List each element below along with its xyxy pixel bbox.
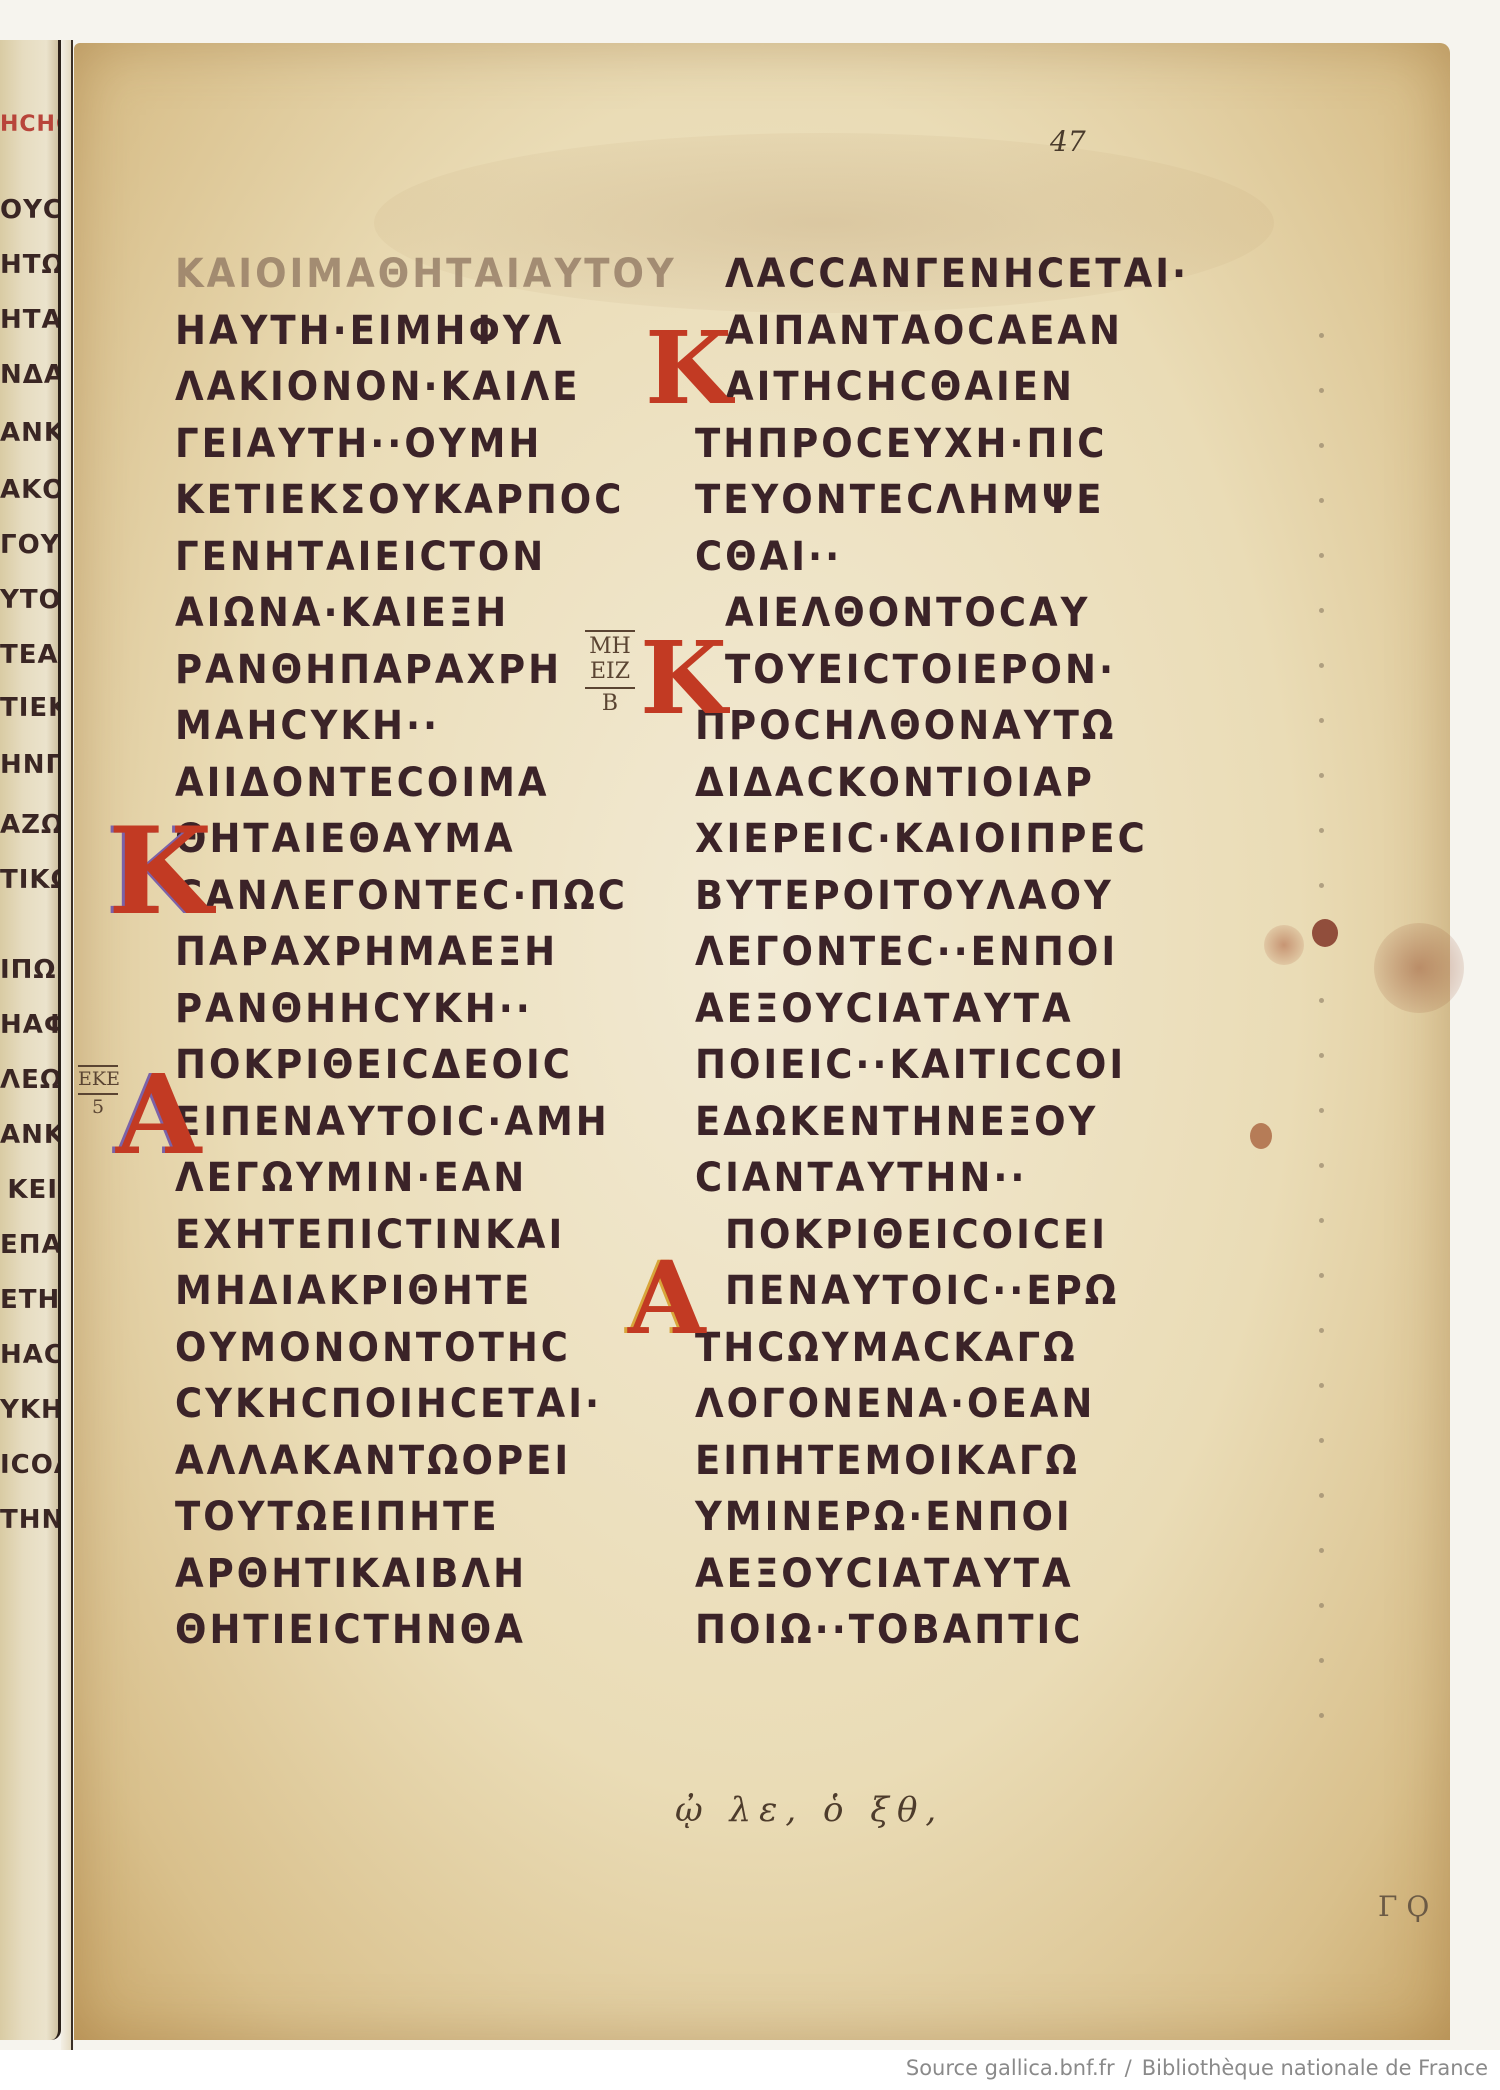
facing-page-line: ΑΖΩΝ	[0, 810, 58, 840]
pricking-mark	[1319, 333, 1324, 338]
pricking-mark	[1319, 498, 1324, 503]
decorated-initial-alpha: Α	[116, 1060, 201, 1170]
pricking-mark	[1319, 443, 1324, 448]
pricking-mark	[1319, 718, 1324, 723]
manuscript-line: ΕΔΩΚΕΝΤΗΝΕΞΟΥ	[695, 1101, 1098, 1141]
facing-page-line: ΗΝΠΙ	[0, 750, 58, 780]
manuscript-line: ΑΡΘΗΤΙΚΑΙΒΛΗ	[175, 1553, 527, 1593]
manuscript-line: CΙΑΝΤΑΥΤΗΝ··	[695, 1158, 1027, 1198]
decorated-initial-kappa: Κ	[640, 628, 727, 728]
manuscript-line: ΠΟΚΡΙΘΕΙCΟΙCΕΙ	[725, 1214, 1108, 1254]
decorated-initial-kappa: Κ	[108, 812, 212, 932]
manuscript-line: ΗΑΥΤΗ·ΕΙΜΗΦΥΛ	[175, 310, 564, 350]
facing-page-line: ΗΑCΕ	[0, 1340, 58, 1370]
binding-gutter	[61, 40, 73, 2050]
manuscript-line: ΚΕΤΙΕΚΣΟΥΚΑΡΠΟC	[175, 480, 624, 520]
facing-page-line: ΤΗΝ	[0, 1505, 58, 1535]
facing-page-line: ΤΙΚΩ	[0, 865, 58, 895]
manuscript-line: ΑΙΙΔΟΝΤΕCΟΙΜΑ	[175, 762, 550, 802]
facing-page-edge: ΗCΗCΟΥCΗΤΩΗΤΑΝΔΑΔΑΝΚΑΙΑΚΟΥΓΟΥΕΥΤΟΙCΤΕΑΝΕ…	[0, 40, 61, 2040]
facing-page-line: ΑΝΚΑΙ	[0, 418, 58, 448]
manuscript-line: CΘΑΙ··	[695, 536, 842, 576]
manuscript-line: ΧΙΕΡΕΙC·ΚΑΙΟΙΠΡΕC	[695, 819, 1148, 859]
facing-page-line: ΗΑΦΕ	[0, 1010, 58, 1040]
facing-page-line: ΝΔΑΔ	[0, 360, 58, 390]
pricking-mark	[1319, 1273, 1324, 1278]
manuscript-line: CΑΝΛΕΓΟΝΤΕC·ΠΩC	[175, 875, 628, 915]
source-attribution: Source gallica.bnf.fr/Bibliothèque natio…	[906, 2056, 1488, 2080]
manuscript-line: ΑΙΠΑΝΤΑΟCΑΕΑΝ	[725, 310, 1123, 350]
manuscript-line: ΒΥΤΕΡΟΙΤΟΥΛΑΟΥ	[695, 875, 1114, 915]
margin-note-canon: ΕΚΕ5	[78, 1063, 118, 1119]
pricking-mark	[1319, 1328, 1324, 1333]
pricking-mark	[1319, 1713, 1324, 1718]
pricking-mark	[1319, 1108, 1324, 1113]
ink-blot	[1312, 919, 1338, 947]
manuscript-line: ΠΑΡΑΧΡΗΜΑΕΞΗ	[175, 932, 558, 972]
manuscript-line: CΥΚΗCΠΟΙΗCΕΤΑΙ·	[175, 1384, 602, 1424]
ink-blot	[1250, 1123, 1272, 1149]
facing-page-line: ΓΟΥΕ	[0, 530, 58, 560]
pricking-mark	[1319, 1438, 1324, 1443]
facing-page-line: ΗΤΩ	[0, 250, 58, 280]
pricking-mark	[1319, 998, 1324, 1003]
manuscript-line: ΔΙΔΑCΚΟΝΤΙΟΙΑΡ	[695, 762, 1095, 802]
facing-page-line: ΤΙΕΚ	[0, 693, 58, 723]
facing-page-line: ΕΠΑΝ	[0, 1230, 58, 1260]
manuscript-line: ΚΑΙΟΙΜΑΘΗΤΑΙΑΥΤΟΥ	[175, 254, 677, 294]
manuscript-line: ΤΗΠΡΟCΕΥΧΗ·ΠΙC	[695, 423, 1107, 463]
manuscript-line: ΛΟΓΟΝΕΝΑ·ΟΕΑΝ	[695, 1384, 1095, 1424]
facing-page-line: ΛΕΩΙ	[0, 1065, 58, 1095]
manuscript-line: ΡΑΝΘΗΠΑΡΑΧΡΗ	[175, 649, 562, 689]
folio-number: 47	[1050, 125, 1086, 158]
facing-page-line: ΟΥC	[0, 195, 58, 225]
manuscript-line: ΤΟΥΤΩΕΙΠΗΤΕ	[175, 1497, 500, 1537]
manuscript-line: ΛΕΓΟΝΤΕC··ΕΝΠΟΙ	[695, 932, 1118, 972]
manuscript-line: ΟΥΜΟΝΟΝΤΟΤΗC	[175, 1327, 571, 1367]
pricking-mark	[1319, 663, 1324, 668]
manuscript-line: ΑΙΕΛΘΟΝΤΟCΑΥ	[725, 593, 1090, 633]
manuscript-line: ΠΟΙΕΙC··ΚΑΙΤΙCCΟΙ	[695, 1045, 1126, 1085]
manuscript-line: ΑΙΩΝΑ·ΚΑΙΕΞΗ	[175, 593, 509, 633]
source-institution: Bibliothèque nationale de France	[1142, 2056, 1488, 2080]
ink-blot	[1264, 925, 1304, 965]
manuscript-line: ΛΑCCΑΝΓΕΝΗCΕΤΑΙ·	[725, 254, 1189, 294]
manuscript-line: ΕΙΠΗΤΕΜΟΙΚΑΓΩ	[695, 1440, 1080, 1480]
pricking-mark	[1319, 1163, 1324, 1168]
facing-page-line: ΑΝΚΑΙ	[0, 1120, 58, 1150]
facing-page-line: ΙCΟΔΟ	[0, 1450, 58, 1480]
manuscript-line: ΤΟΥΕΙCΤΟΙΕΡΟΝ·	[725, 649, 1116, 689]
pricking-mark	[1319, 388, 1324, 393]
manuscript-line: ΡΑΝΘΗΗCΥΚΗ··	[175, 988, 533, 1028]
manuscript-line: ΠΟΚΡΙΘΕΙCΔΕΟΙC	[175, 1045, 573, 1085]
pricking-mark	[1319, 1493, 1324, 1498]
manuscript-line: ΑΙΤΗCΗCΘΑΙΕΝ	[725, 367, 1075, 407]
manuscript-line: ΜΑΗCΥΚΗ··	[175, 706, 440, 746]
manuscript-line: ΛΕΓΩΥΜΙΝ·ΕΑΝ	[175, 1158, 527, 1198]
facing-page-line: ΥΤΟΙC	[0, 585, 58, 615]
source-attribution-bar: Source gallica.bnf.fr/Bibliothèque natio…	[0, 2050, 1500, 2090]
margin-note-canon: ΜΗΕΙΖΒ	[585, 628, 635, 716]
manuscript-viewer: ΗCΗCΟΥCΗΤΩΗΤΑΝΔΑΔΑΝΚΑΙΑΚΟΥΓΟΥΕΥΤΟΙCΤΕΑΝΕ…	[0, 0, 1500, 2050]
pricking-mark	[1319, 553, 1324, 558]
facing-page-line: ΥΚΗ	[0, 1395, 58, 1425]
decorated-initial-kappa: Κ	[645, 318, 732, 418]
manuscript-line: ΓΕΙΑΥΤΗ··ΟΥΜΗ	[175, 423, 542, 463]
manuscript-line: ΠΡΟCΗΛΘΟΝΑΥΤΩ	[695, 706, 1116, 746]
pricking-mark	[1319, 1383, 1324, 1388]
pricking-mark	[1319, 773, 1324, 778]
facing-page-line: ΤΕΑΝΕ	[0, 640, 58, 670]
manuscript-line: ΘΗΤΙΕΙCΤΗΝΘΑ	[175, 1610, 526, 1650]
facing-page-line: ΗΤΑ	[0, 305, 58, 335]
facing-page-line: ΕΤΗΝ	[0, 1285, 58, 1315]
manuscript-line: ΕΧΗΤΕΠΙCΤΙΝΚΑΙ	[175, 1214, 565, 1254]
manuscript-line: ΤΕΥΟΝΤΕCΛΗΜΨΕ	[695, 480, 1105, 520]
manuscript-line: ΘΗΤΑΙΕΘΑΥΜΑ	[175, 819, 516, 859]
facing-page-line: ΙΠΩΝ	[0, 955, 58, 985]
source-separator: /	[1125, 2056, 1132, 2080]
manuscript-line: ΜΗΔΙΑΚΡΙΘΗΤΕ	[175, 1271, 532, 1311]
pricking-mark	[1319, 1603, 1324, 1608]
facing-page-line: ΗCΗC	[0, 112, 58, 137]
manuscript-line: ΤΗCΩΥΜΑCΚΑΓΩ	[695, 1327, 1078, 1367]
manuscript-line: ΑΛΛΑΚΑΝΤΩΟΡΕΙ	[175, 1440, 571, 1480]
manuscript-line: ΑΕΞΟΥCΙΑΤΑΥΤΑ	[695, 988, 1074, 1028]
edge-stain	[1374, 923, 1464, 1013]
facing-page-line: ΑΚΟΥ	[0, 475, 58, 505]
manuscript-line: ΠΕΝΑΥΤΟΙC··ΕΡΩ	[725, 1271, 1119, 1311]
source-site: Source gallica.bnf.fr	[906, 2056, 1115, 2080]
footer-annotation: ᾠ λε, ὁ ξθ,	[675, 1790, 944, 1830]
pricking-mark	[1319, 883, 1324, 888]
pricking-mark	[1319, 828, 1324, 833]
facing-page-line: ΚΕΙ	[0, 1175, 58, 1205]
pricking-mark	[1319, 1658, 1324, 1663]
manuscript-line: ΠΟΙΩ··ΤΟΒΑΠΤΙC	[695, 1610, 1083, 1650]
manuscript-line: ΥΜΙΝΕΡΩ·ΕΝΠΟΙ	[695, 1497, 1073, 1537]
pricking-mark	[1319, 1218, 1324, 1223]
pricking-mark	[1319, 608, 1324, 613]
manuscript-line: ΑΕΞΟΥCΙΑΤΑΥΤΑ	[695, 1553, 1074, 1593]
manuscript-line: ΕΙΠΕΝΑΥΤΟΙC·ΑΜΗ	[175, 1101, 610, 1141]
decorated-initial-alpha: Α	[628, 1248, 706, 1348]
pricking-mark	[1319, 1548, 1324, 1553]
pricking-mark	[1319, 1053, 1324, 1058]
manuscript-line: ΓΕΝΗΤΑΙΕΙCΤΟΝ	[175, 536, 546, 576]
manuscript-line: ΛΑΚΙΟΝΟΝ·ΚΑΙΛΕ	[175, 367, 581, 407]
quire-mark: Γ Ϙ	[1378, 1890, 1429, 1923]
